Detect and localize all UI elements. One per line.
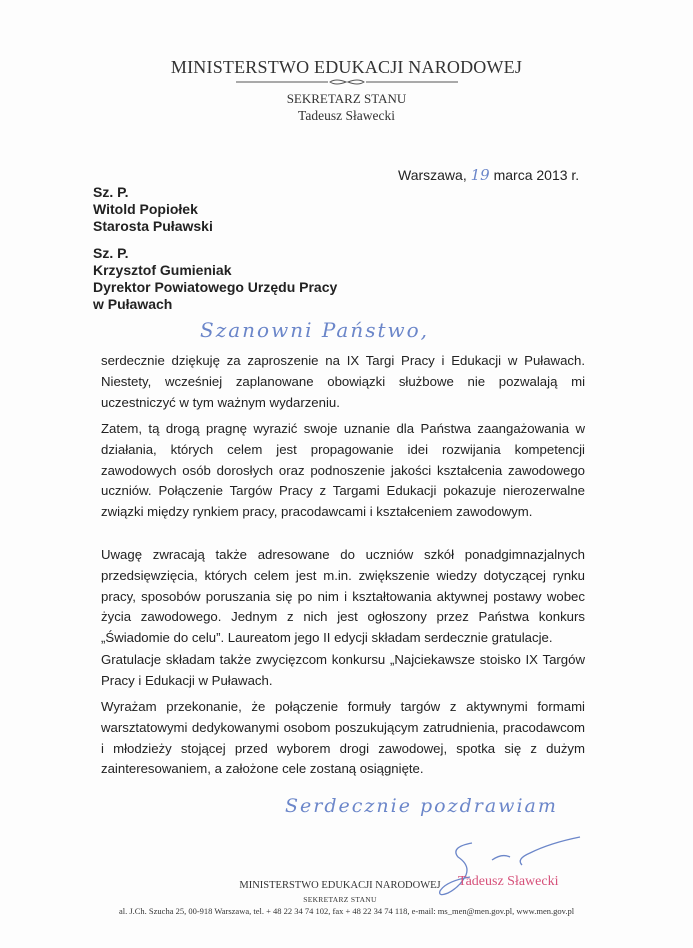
ornament-divider-icon (236, 77, 458, 87)
body-paragraph-5: Wyrażam przekonanie, że połączenie formu… (101, 697, 585, 780)
closing-handwritten: Serdecznie pozdrawiam (285, 795, 558, 817)
recipient-2-line: Krzysztof Gumieniak (93, 262, 337, 279)
date-rest: marca 2013 r. (494, 167, 580, 183)
letter-date: Warszawa, 19 marca 2013 r. (398, 166, 579, 184)
body-paragraph-4: Gratulacje składam także zwycięzcom konk… (101, 650, 585, 692)
salutation-handwritten: Szanowni Państwo, (200, 318, 429, 342)
recipient-2-line: Dyrektor Powiatowego Urzędu Pracy (93, 279, 337, 296)
letterhead-position: SEKRETARZ STANU (0, 91, 693, 107)
footer-contact: al. J.Ch. Szucha 25, 00-918 Warszawa, te… (0, 906, 693, 916)
letterhead-name: Tadeusz Sławecki (0, 108, 693, 124)
recipient-1-line: Sz. P. (93, 184, 213, 201)
recipient-1-line: Witold Popiołek (93, 201, 213, 218)
footer-ministry: MINISTERSTWO EDUKACJI NARODOWEJ (0, 880, 680, 891)
date-place: Warszawa, (398, 167, 467, 183)
date-day-handwritten: 19 (471, 166, 490, 184)
recipient-2-line: w Puławach (93, 296, 337, 313)
recipient-2: Sz. P. Krzysztof Gumieniak Dyrektor Powi… (93, 245, 337, 313)
recipient-1-line: Starosta Puławski (93, 218, 213, 235)
body-paragraph-1: serdecznie dziękuję za zaproszenie na IX… (101, 351, 585, 413)
letterhead-ministry: MINISTERSTWO EDUKACJI NARODOWEJ (0, 57, 693, 78)
recipient-2-line: Sz. P. (93, 245, 337, 262)
body-paragraph-2: Zatem, tą drogą pragnę wyrazić swoje uzn… (101, 419, 585, 523)
body-paragraph-3: Uwagę zwracają także adresowane do uczni… (101, 545, 585, 649)
recipient-1: Sz. P. Witold Popiołek Starosta Puławski (93, 184, 213, 235)
footer-position: SEKRETARZ STANU (0, 895, 680, 904)
